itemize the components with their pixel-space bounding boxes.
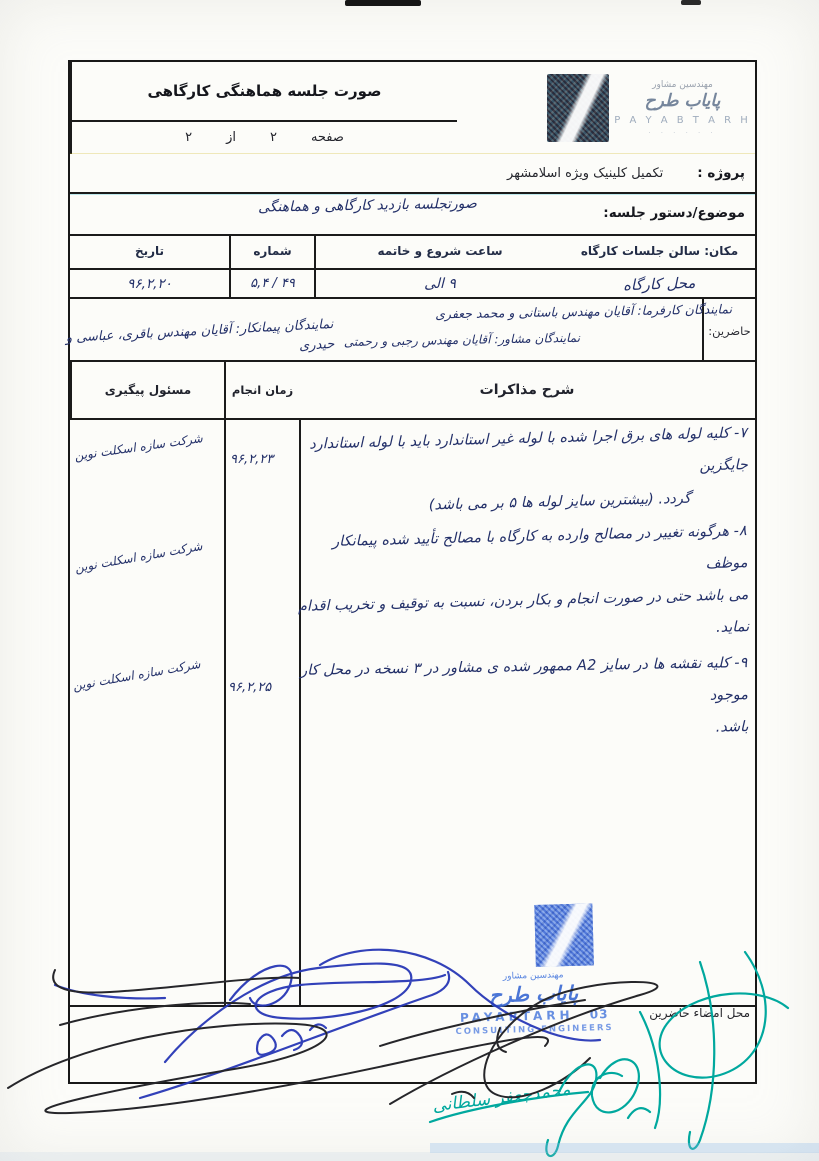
- time-header: ساعت شروع و خاتمه: [314, 234, 564, 270]
- logo-company-name-en: P A Y A B T A R H: [610, 115, 755, 126]
- project-row: پروژه : تکمیل کلینیک ویژه اسلامشهر: [70, 154, 755, 194]
- location-header: مکان: سالن جلسات کارگاه: [564, 234, 755, 270]
- page-total: ۲: [185, 130, 192, 145]
- signature-area-label: محل امضاء حاضرین: [598, 1006, 750, 1020]
- subject-label: موضوع/دستور جلسه:: [603, 205, 755, 221]
- logo-faint-line: · · · · · ·: [610, 129, 755, 137]
- page-of-label: از: [226, 130, 236, 145]
- minutes-responsible-header: مسئول پیگیری: [70, 362, 224, 420]
- column-divider-1: [224, 420, 226, 1005]
- minutes-time-header: زمان انجام: [224, 362, 299, 420]
- minutes-item-9: ۹- کلیه نقشه ها در سایز A2 ممهور شده ی م…: [295, 648, 749, 752]
- date-header: تاریخ: [70, 234, 229, 270]
- minutes-item-7: ۷- کلیه لوله های برق اجرا شده با لوله غی…: [299, 418, 749, 525]
- page-label: صفحه: [311, 130, 344, 145]
- project-label: پروژه :: [697, 165, 755, 181]
- company-logo-text: مهندسین مشاور پایاب طرح P A Y A B T A R …: [610, 80, 755, 137]
- consultant-stamp: مهندسین مشاور پایاب طرح PAYABTARH 03 CON…: [446, 903, 619, 1037]
- minutes-item-9-date: ۹۶,۲,۲۵: [228, 680, 271, 695]
- minutes-item-9-line-1: ۹- کلیه نقشه ها در سایز A2 ممهور شده ی م…: [295, 648, 748, 720]
- minutes-item-7-date: ۹۶,۲,۲۳: [230, 452, 273, 467]
- page-current: ۲: [270, 130, 277, 145]
- company-logo-icon: [547, 74, 609, 142]
- minutes-description-header: شرح مذاکرات: [299, 362, 755, 420]
- minutes-item-8-line-1: ۸- هرگونه تغییر در مصالح وارده به کارگاه…: [294, 516, 748, 592]
- stamp-logo-icon: [534, 903, 594, 966]
- scan-mark-top: [345, 0, 421, 6]
- date-value: ۹۶,۲,۲۰: [70, 270, 229, 299]
- minutes-item-8: ۸- هرگونه تغییر در مصالح وارده به کارگاه…: [294, 516, 749, 655]
- handwritten-name-soltani: محمدجعفر سلطانی: [431, 1080, 571, 1117]
- time-value: ۹ الی: [314, 270, 564, 299]
- number-value: ۴۹ / ۵,۴: [229, 270, 314, 299]
- logo-company-name-fa: پایاب طرح: [610, 91, 755, 111]
- logo-small-line: مهندسین مشاور: [610, 80, 755, 90]
- page-indicator: صفحه ۲ از ۲: [72, 122, 457, 152]
- minutes-item-7-line-1: ۷- کلیه لوله های برق اجرا شده با لوله غی…: [299, 418, 749, 493]
- scan-mark-top-right: [681, 0, 701, 5]
- location-value: محل کارگاه: [564, 270, 755, 299]
- form-title: صورت جلسه هماهنگی کارگاهی: [72, 62, 457, 122]
- stamp-company-name-fa: پایاب طرح: [448, 980, 619, 1008]
- project-value: تکمیل کلینیک ویژه اسلامشهر: [507, 166, 663, 181]
- scan-band-bottom-2: [0, 1152, 819, 1161]
- number-header: شماره: [229, 234, 314, 270]
- scanned-document-page: صورت جلسه هماهنگی کارگاهی صفحه ۲ از ۲ مه…: [0, 0, 819, 1161]
- header-title-block: صورت جلسه هماهنگی کارگاهی صفحه ۲ از ۲: [70, 62, 457, 154]
- stamp-number: 03: [590, 1007, 609, 1021]
